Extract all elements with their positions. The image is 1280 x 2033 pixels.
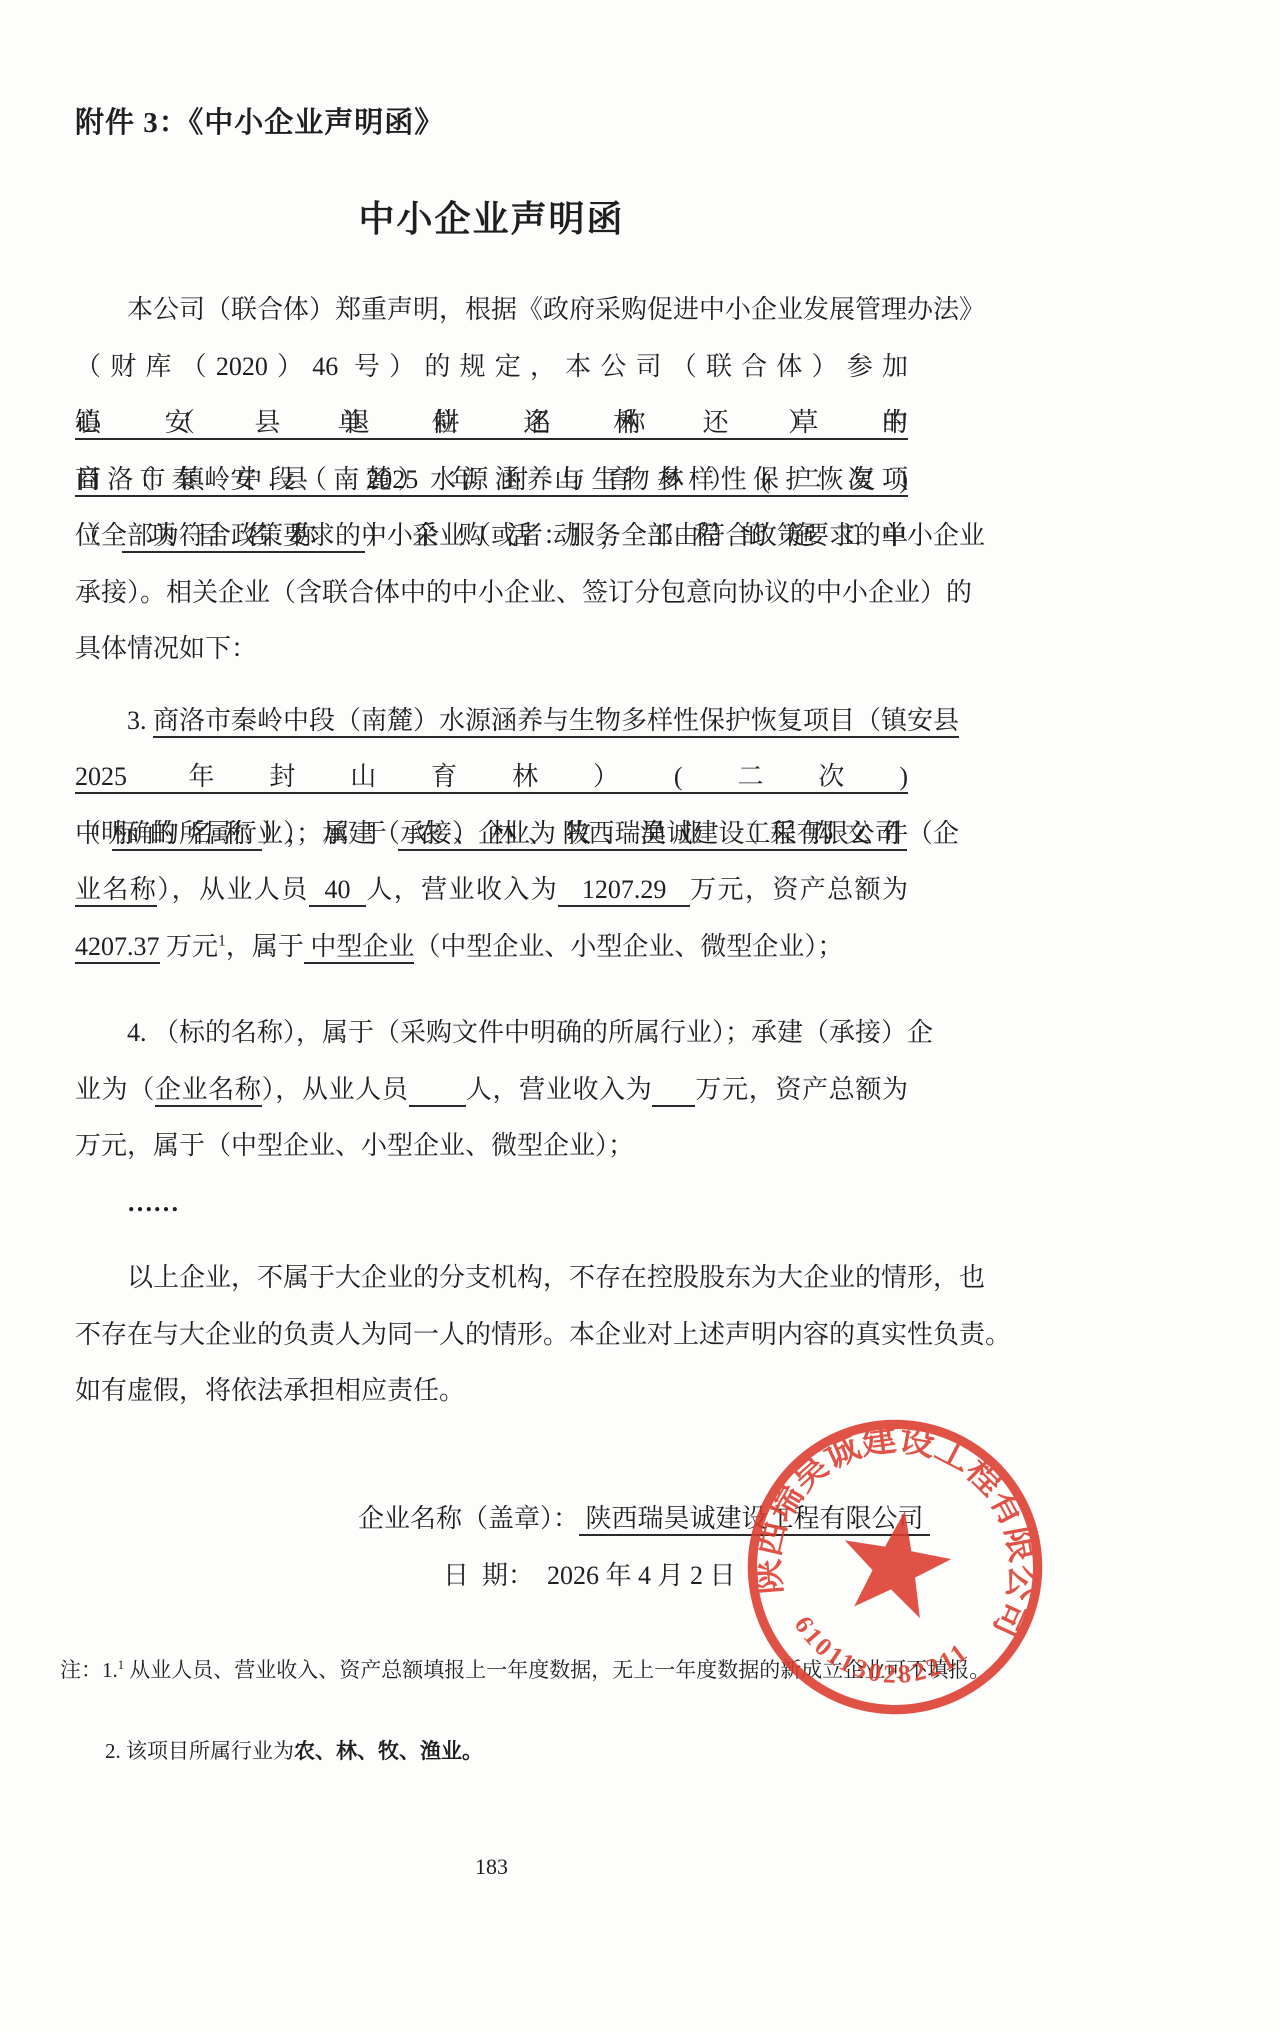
footnote-2: 2. 该项目所属行业为农、林、牧、渔业。	[105, 1734, 908, 1768]
text-line: 万元，属于（中型企业、小型企业、微型企业）；	[75, 1118, 908, 1175]
text-line: 心（ 单位名称 ）的商洛市秦岭中段（南麓）水源涵养与生物多样性保护恢复项	[75, 395, 908, 452]
text-segment: 业名称	[75, 875, 157, 907]
text-segment: 以上企业，不属于大企业的分支机构，不存在控股股东为大企业的情形，也	[127, 1263, 985, 1292]
document-content: 附件 3：《中小企业声明函》 中小企业声明函 本公司（联合体）郑重声明，根据《政…	[75, 0, 908, 1880]
intro-paragraph: 本公司（联合体）郑重声明，根据《政府采购促进中小企业发展管理办法》（财库（202…	[75, 282, 908, 678]
text-line: 目（镇安县 2025 年封山育林）(二次)（ 项目名称 ）采购活动，工程的施工单	[75, 452, 908, 509]
text-line: 业为（企业名称），从业人员 人，营业收入为 万元，资产总额为	[75, 1062, 908, 1119]
text-segment: （	[169, 408, 263, 437]
text-line: 承接）。相关企业（含联合体中的中小企业、签订分包意向协议的中小企业）的	[75, 565, 908, 622]
signature-date-label: 日 期：	[443, 1561, 547, 1590]
footnote-1-prefix: 注：1.	[60, 1658, 118, 1682]
text-segment: 企业名称	[155, 1075, 262, 1107]
text-segment: （中型企业、小型企业、微型企业）；	[414, 932, 843, 961]
text-segment: 承接）。相关企业（含联合体中的中小企业、签订分包意向协议的中小企业）的	[75, 578, 972, 607]
item-4-paragraph: 4. （标的名称），属于（采购文件中明确的所属行业）；承建（承接）企业为（企业名…	[75, 1005, 908, 1231]
text-line: 4. （标的名称），属于（采购文件中明确的所属行业）；承建（承接）企	[75, 1005, 908, 1062]
page-number: 183	[75, 1854, 908, 1880]
text-segment: 本公司（联合体）郑重声明，根据《政府采购促进中小企业发展管理办法》	[127, 295, 985, 324]
document-page: 附件 3：《中小企业声明函》 中小企业声明函 本公司（联合体）郑重声明，根据《政…	[0, 0, 1280, 2033]
text-line: （财库（2020）46 号）的规定，本公司（联合体）参加镇安县退耕还林还草中	[75, 339, 908, 396]
text-segment: 中明确的所属行业）；承建（承接）企业为	[75, 819, 556, 848]
text-segment: 业为（	[75, 1075, 155, 1104]
text-line: 本公司（联合体）郑重声明，根据《政府采购促进中小企业发展管理办法》	[75, 282, 908, 339]
text-line: 以上企业，不属于大企业的分支机构，不存在控股股东为大企业的情形，也	[75, 1250, 908, 1307]
text-segment: 万元，资产总额为	[695, 1075, 908, 1104]
text-segment: 单位名称	[263, 408, 788, 440]
footnote-1: 注：1.1 从业人员、营业收入、资产总额填报上一年度数据，无上一年度数据的新成立…	[60, 1653, 908, 1687]
text-segment	[652, 1075, 695, 1107]
text-segment: （财库（2020）46 号）的规定，本公司（联合体）参加	[75, 352, 908, 381]
text-segment: 万元，资产总额为	[690, 875, 908, 904]
text-segment: 目（镇安县 2025 年封山育林）(二次)	[75, 465, 908, 497]
text-segment: （企	[907, 819, 959, 848]
attachment-header: 附件 3：《中小企业声明函》	[75, 100, 908, 141]
text-line: 4207.37 万元1，属于 中型企业（中型企业、小型企业、微型企业）；	[75, 919, 908, 976]
signature-company-line: 企业名称（盖章）： 陕西瑞昊诚建设工程有限公司	[75, 1490, 908, 1547]
signature-company-value: 陕西瑞昊诚建设工程有限公司	[579, 1504, 930, 1536]
text-segment: 中型企业	[304, 932, 415, 964]
text-segment: ），从业人员	[157, 875, 308, 904]
footnote-1-text: 从业人员、营业收入、资产总额填报上一年度数据，无上一年度数据的新成立企业可不填报…	[124, 1658, 990, 1682]
text-segment: 商洛市秦岭中段（南麓）水源涵养与生物多样性保护恢复项目（镇安县	[153, 706, 959, 738]
text-segment: 陕西瑞昊诚建设工程有限公司	[556, 819, 907, 851]
text-line: 2025 年封山育林）(二次)（标的名称），属于 农、林、牧、渔业 （采购文件	[75, 749, 908, 806]
footnote-marker: 1	[218, 932, 226, 949]
footnote-2-industry: 农、林、牧、渔业。	[294, 1739, 483, 1763]
text-line: 不存在与大企业的负责人为同一人的情形。本企业对上述声明内容的真实性负责。	[75, 1307, 908, 1364]
signature-block: 企业名称（盖章）： 陕西瑞昊诚建设工程有限公司 日 期： 2026 年 4 月 …	[75, 1490, 908, 1604]
text-line: 中明确的所属行业）；承建（承接）企业为 陕西瑞昊诚建设工程有限公司 （企	[75, 806, 908, 863]
item-3-paragraph: 3. 商洛市秦岭中段（南麓）水源涵养与生物多样性保护恢复项目（镇安县2025 年…	[75, 693, 908, 976]
text-segment: 2025 年封山育林）(二次)	[75, 762, 908, 794]
document-title: 中小企业声明函	[75, 191, 908, 242]
text-segment: 如有虚假，将依法承担相应责任。	[75, 1376, 465, 1405]
signature-company-label: 企业名称（盖章）：	[358, 1504, 579, 1533]
text-segment: 4207.37	[75, 932, 160, 964]
closing-paragraph: 以上企业，不属于大企业的分支机构，不存在控股股东为大企业的情形，也不存在与大企业…	[75, 1250, 908, 1420]
text-line: 具体情况如下：	[75, 621, 908, 678]
text-segment: 40	[309, 875, 367, 907]
text-segment: 位全部为符合政策要求的中小企业（或者：服务全部由符合政策要求的中小企业	[75, 521, 985, 550]
text-line: 如有虚假，将依法承担相应责任。	[75, 1363, 908, 1420]
text-line: ……	[75, 1175, 908, 1232]
text-line: 业名称），从业人员 40 人，营业收入为 1207.29 万元，资产总额为	[75, 862, 908, 919]
text-segment	[409, 1075, 466, 1107]
footnote-2-prefix: 2. 该项目所属行业为	[105, 1739, 294, 1763]
footnotes: 注：1.1 从业人员、营业收入、资产总额填报上一年度数据，无上一年度数据的新成立…	[75, 1653, 908, 1768]
text-segment: ）的	[788, 408, 908, 437]
text-segment: ），从业人员	[262, 1075, 409, 1104]
text-segment: ……	[127, 1188, 179, 1217]
text-segment: 人，营业收入为	[466, 1075, 653, 1104]
text-segment: ，属于	[226, 932, 304, 961]
text-segment: 万元，属于（中型企业、小型企业、微型企业）；	[75, 1131, 634, 1160]
text-segment: 万元	[160, 932, 219, 961]
text-segment: 人，营业收入为	[366, 875, 558, 904]
document-body: 本公司（联合体）郑重声明，根据《政府采购促进中小企业发展管理办法》（财库（202…	[75, 282, 908, 1420]
text-segment: 具体情况如下：	[75, 634, 257, 663]
text-segment: 不存在与大企业的负责人为同一人的情形。本企业对上述声明内容的真实性负责。	[75, 1320, 1011, 1349]
text-line: 位全部为符合政策要求的中小企业（或者：服务全部由符合政策要求的中小企业	[75, 508, 908, 565]
text-segment: 3.	[127, 706, 153, 735]
text-segment: 心	[75, 408, 169, 440]
text-segment: 4. （标的名称），属于（采购文件中明确的所属行业）；承建（承接）企	[127, 1018, 933, 1047]
text-line: 3. 商洛市秦岭中段（南麓）水源涵养与生物多样性保护恢复项目（镇安县	[75, 693, 908, 750]
signature-date-value: 2026 年 4 月 2 日	[547, 1561, 736, 1590]
signature-date-line: 日 期： 2026 年 4 月 2 日	[75, 1547, 908, 1604]
text-segment: 1207.29	[558, 875, 690, 907]
